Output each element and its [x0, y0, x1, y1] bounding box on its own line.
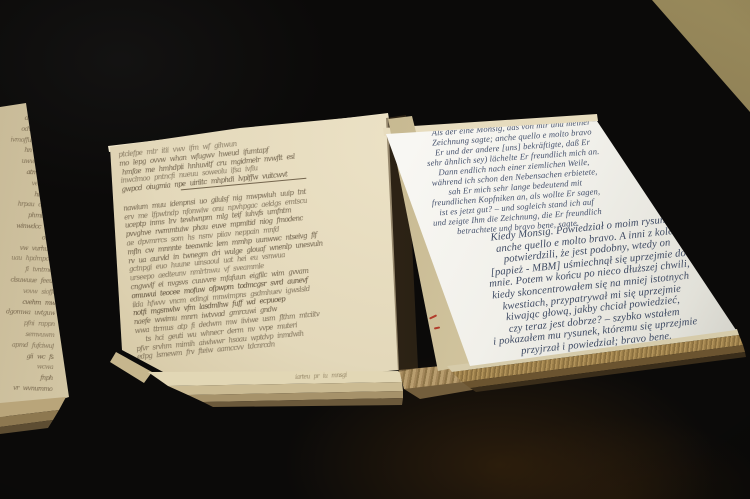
- photo-of-manuscript-display: dvtutd lucggodvd cunmahivmoffuv ucmnulth…: [0, 0, 750, 499]
- photo-vignette: [0, 0, 750, 499]
